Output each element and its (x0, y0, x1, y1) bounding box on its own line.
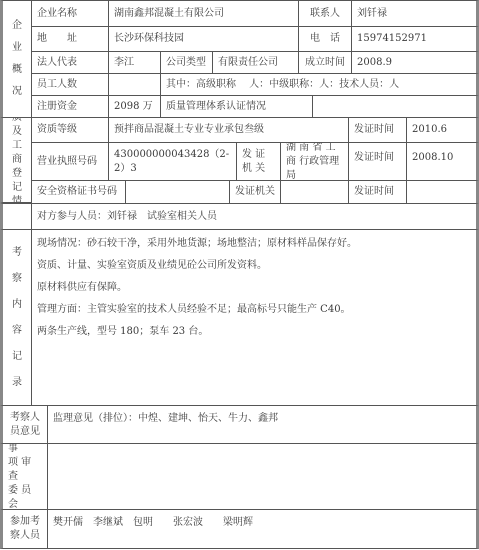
license-label: 营业执照号码 (31, 142, 109, 181)
staff-count-value (108, 73, 161, 96)
label-char: 记 (12, 350, 22, 364)
record-line: 原材料供应有保障。 (37, 277, 127, 299)
record-line: 管理方面：主管实验室的技术人员经验不足；最高标号只能生产 C40。 (37, 299, 351, 321)
staff-breakdown: 其中：高级职称 人：中级职称：人：技术人员：人 (160, 73, 479, 96)
label-char: 考 (12, 246, 22, 260)
address-value: 长沙环保科技园 (108, 26, 299, 52)
contact-value: 刘钎禄 (351, 0, 479, 27)
address-label: 地 址 (31, 26, 109, 52)
label-char: 察 (12, 272, 22, 286)
label-line: 商登 (8, 153, 26, 181)
safety-cert-value (125, 180, 230, 204)
label-line: 考察人 (10, 411, 40, 425)
record-line: 两条生产线，型号 180；泵车 23 台。 (37, 321, 208, 343)
license-issue-date: 2008.10 (406, 142, 479, 181)
label-line: 参加考 (10, 515, 40, 529)
qualification-value: 预拌商品混凝土专业专业承包叁级 (108, 117, 349, 143)
participants-spacer (0, 203, 32, 230)
phone-value: 15974152971 (351, 26, 479, 52)
license-issuer-value: 湖 南 省 工 商 行政管理局 (280, 142, 349, 181)
inspection-record: 现场情况：砂石较干净，采用外地货源；场地整洁；原材料样品保存好。 资质、计量、实… (31, 229, 479, 406)
registered-capital-label: 注册资金 (31, 95, 109, 118)
label-char: 概 (12, 63, 22, 77)
legal-rep-label: 法人代表 (31, 51, 109, 74)
label-char: 况 (12, 85, 22, 99)
inspection-form: 企 业 概 况 企业名称 湖南鑫邦混凝土有限公司 联系人 刘钎禄 地 址 长沙环… (0, 0, 479, 550)
qualification-section-label: 资质 及工 商登 记情 况 (0, 117, 32, 203)
record-line: 现场情况：砂石较干净，采用外地货源；场地整洁；原材料样品保存好。 (37, 233, 357, 255)
label-line: 委 员 会 (8, 484, 42, 511)
committee-section-label: 重 大 事 项 审 查 委 员 会 意见 (0, 443, 48, 510)
legal-rep-value: 李江 (108, 51, 161, 74)
opinion-section-label: 考察人 员意见 (0, 405, 48, 444)
label-char: 录 (12, 376, 22, 390)
safety-issue-date (406, 180, 479, 204)
staff-label: 员工人数 (31, 73, 109, 96)
label-line: 重 大 事 (8, 443, 42, 456)
company-type-value: 有限责任公司 (212, 51, 299, 74)
supervisor-opinion: 监理意见（排位）：中煌、建坤、怡天、牛力、鑫邦 (47, 405, 479, 444)
inspection-section-label: 考 察 内 容 记 录 (0, 229, 32, 406)
license-value: 430000000043428（2-2）3 (108, 142, 237, 181)
label-char: 内 (12, 298, 22, 312)
label-line: 察人员 (10, 529, 40, 543)
qms-value (312, 95, 479, 118)
safety-issuer-label: 发证机关 (229, 180, 281, 204)
counterpart-participants: 对方参与人员：刘钎禄 试验室相关人员 (31, 203, 479, 230)
company-name-value: 湖南鑫邦混凝土有限公司 (108, 0, 299, 27)
safety-cert-label: 安全资格证书号码 (31, 180, 126, 204)
founded-value: 2008.9 (351, 51, 479, 74)
label-line: 员意见 (10, 425, 40, 439)
company-name-label: 企业名称 (31, 0, 109, 27)
label-char: 业 (12, 41, 22, 55)
safety-issue-date-label: 发证时间 (348, 180, 407, 204)
registered-capital-value: 2098 万 (108, 95, 161, 118)
committee-opinion (47, 443, 479, 510)
contact-label: 联系人 (298, 0, 352, 27)
label-char: 企 (12, 19, 22, 33)
record-line: 资质、计量、实验室资质及业绩见砼公司所发资料。 (37, 255, 267, 277)
company-type-label: 公司类型 (160, 51, 213, 74)
phone-label: 电 话 (298, 26, 352, 52)
license-issue-date-label: 发证时间 (348, 142, 407, 181)
founded-label: 成立时间 (298, 51, 352, 74)
qms-label: 质量管理体系认证情况 (160, 95, 313, 118)
inspection-members: 樊开儒 李继斌 包明 张宏波 梁明辉 (47, 509, 479, 549)
qualification-issue-date: 2010.6 (406, 117, 479, 143)
label-line: 资质 (8, 117, 26, 125)
qualification-label: 资质等级 (31, 117, 109, 143)
qualification-issue-date-label: 发证时间 (348, 117, 407, 143)
safety-issuer-value (280, 180, 349, 204)
label-line: 项 审 查 (8, 456, 42, 484)
members-section-label: 参加考 察人员 (0, 509, 48, 549)
label-line: 记情 (8, 181, 26, 203)
label-char: 容 (12, 324, 22, 338)
label-line: 及工 (8, 125, 26, 153)
overview-section-label: 企 业 概 况 (0, 0, 32, 118)
license-issuer-label: 发 证 机 关 (236, 142, 281, 181)
